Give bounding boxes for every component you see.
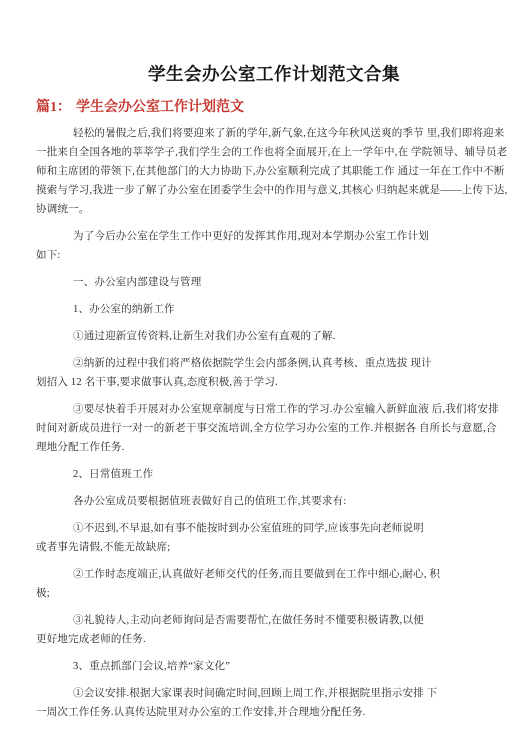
document-page: 学生会办公室工作计划范文合集 篇1：学生会办公室工作计划范文 轻松的暑假之后,我… <box>0 0 520 735</box>
list-heading: 2、日常值班工作 <box>36 465 512 484</box>
document-title: 学生会办公室工作计划范文合集 <box>36 62 512 86</box>
list-heading: 一、办公室内部建设与管理 <box>36 273 512 292</box>
paragraph: ②纳新的过程中我们将严格依据院学生会内部条例,认真考核、重点选拔 现计 划招入 … <box>36 354 512 392</box>
paragraph: ①不迟到,不早退,如有事不能按时到办公室值班的同学,应该事先向老师说明 或者事先… <box>36 519 512 557</box>
list-heading: 3、重点抓部门会议,培养“家文化” <box>36 657 512 676</box>
document-body: 轻松的暑假之后,我们将要迎来了新的学年,新气象,在这今年秋风送爽的季节 里,我们… <box>36 124 512 722</box>
section-number-label: 篇1： <box>36 100 71 115</box>
paragraph: ①通过迎新宣传资料,让新生对我们办公室有直观的了解. <box>36 327 512 346</box>
list-heading: 1、办公室的纳新工作 <box>36 300 512 319</box>
paragraph: ①会议安排.根据大家课表时间确定时间,回顾上周工作,并根据院里指示安排 下 一周… <box>36 684 512 722</box>
paragraph: 各办公室成员要根据值班表做好自己的值班工作,其要求有: <box>36 492 512 511</box>
section-heading: 篇1：学生会办公室工作计划范文 <box>36 99 512 117</box>
section-title: 学生会办公室工作计划范文 <box>76 100 244 115</box>
paragraph: ③礼貌待人,主动向老师询问是否需要帮忙,在做任务时不懂要积极请教,以便 更好地完… <box>36 611 512 649</box>
paragraph: 为了今后办公室在学生工作中更好的发挥其作用,现对本学期办公室工作计划 如下: <box>36 227 512 265</box>
paragraph: ②工作时态度端正,认真做好老师交代的任务,而且要做到在工作中细心,耐心, 积 极… <box>36 565 512 603</box>
paragraph: 轻松的暑假之后,我们将要迎来了新的学年,新气象,在这今年秋风送爽的季节 里,我们… <box>36 124 512 219</box>
paragraph: ③要尽快着手开展对办公室规章制度与日常工作的学习.办公室输入新鲜血液 后,我们将… <box>36 400 512 457</box>
